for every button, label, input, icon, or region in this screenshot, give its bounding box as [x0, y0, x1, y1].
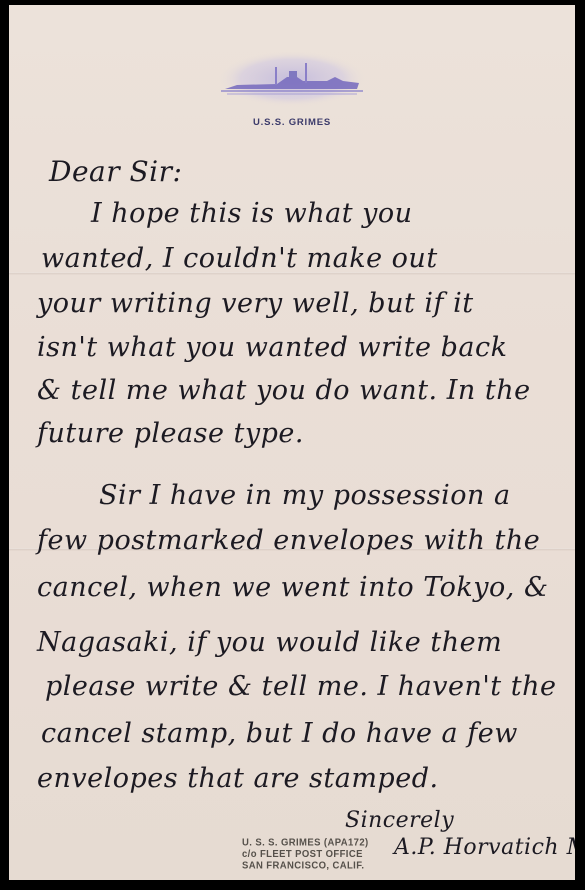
- stamp-line: c/o FLEET POST OFFICE: [242, 849, 369, 861]
- closing: Sincerely: [345, 808, 454, 833]
- letter-line: your writing very well, but if it: [37, 288, 474, 319]
- letterhead: U.S.S. GRIMES: [9, 47, 575, 128]
- letter-line: few postmarked envelopes with the: [37, 525, 540, 556]
- letter-line: Nagasaki, if you would like them: [37, 627, 502, 658]
- letter-page: U.S.S. GRIMES Dear Sir: I hope this is w…: [9, 5, 575, 880]
- letter-line: please write & tell me. I haven't the: [45, 671, 556, 702]
- stamp-line: U. S. S. GRIMES (APA172): [242, 837, 369, 849]
- letter-line: I hope this is what you: [91, 198, 413, 229]
- letter-line: wanted, I couldn't make out: [41, 243, 438, 274]
- ship-engraving-icon: [217, 47, 367, 109]
- letter-line: cancel, when we went into Tokyo, &: [37, 572, 549, 603]
- letter-line: envelopes that are stamped.: [37, 763, 439, 794]
- letterhead-title: U.S.S. GRIMES: [9, 117, 575, 128]
- letter-line: isn't what you wanted write back: [37, 332, 507, 363]
- letter-line: cancel stamp, but I do have a few: [41, 718, 518, 749]
- signature: A.P. Horvatich MoMM: [394, 835, 575, 860]
- stamp-line: SAN FRANCISCO, CALIF.: [242, 860, 369, 872]
- letter-line: future please type.: [37, 418, 304, 449]
- letter-line: Sir I have in my possession a: [99, 480, 511, 511]
- return-address-stamp: U. S. S. GRIMES (APA172) c/o FLEET POST …: [242, 837, 369, 872]
- salutation: Dear Sir:: [49, 155, 182, 188]
- letter-line: & tell me what you do want. In the: [37, 375, 531, 406]
